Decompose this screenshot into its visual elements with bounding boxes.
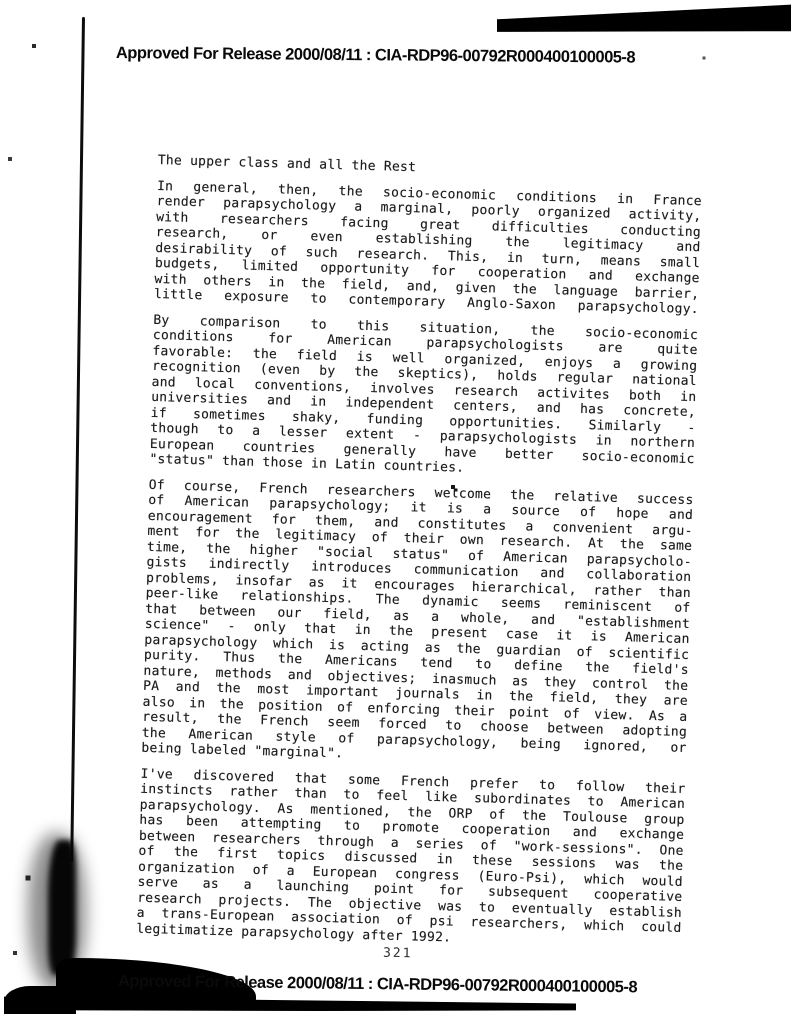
paragraph: I've discovered that some French prefer …	[136, 766, 686, 952]
paragraph: By comparison to this situation, the soc…	[149, 312, 698, 482]
classification-header: Approved For Release 2000/08/11 : CIA-RD…	[116, 44, 635, 68]
body-text-block: The upper class and all the Rest In gene…	[136, 153, 703, 962]
top-right-ink-bar-artifact	[497, 4, 791, 38]
scanned-document-page: Approved For Release 2000/08/11 : CIA-RD…	[0, 0, 791, 1024]
bottom-left-ink-blob	[48, 840, 76, 975]
paragraph: Of course, French researchers welcome th…	[141, 477, 694, 771]
page-number: 321	[383, 946, 413, 962]
section-heading: The upper class and all the Rest	[158, 153, 703, 184]
bottom-ink-bar	[4, 996, 576, 1011]
paragraph: In general, then, the socio-economic con…	[154, 178, 702, 317]
ink-specks	[0, 0, 2, 2]
left-page-edge-line-artifact	[70, 17, 85, 862]
